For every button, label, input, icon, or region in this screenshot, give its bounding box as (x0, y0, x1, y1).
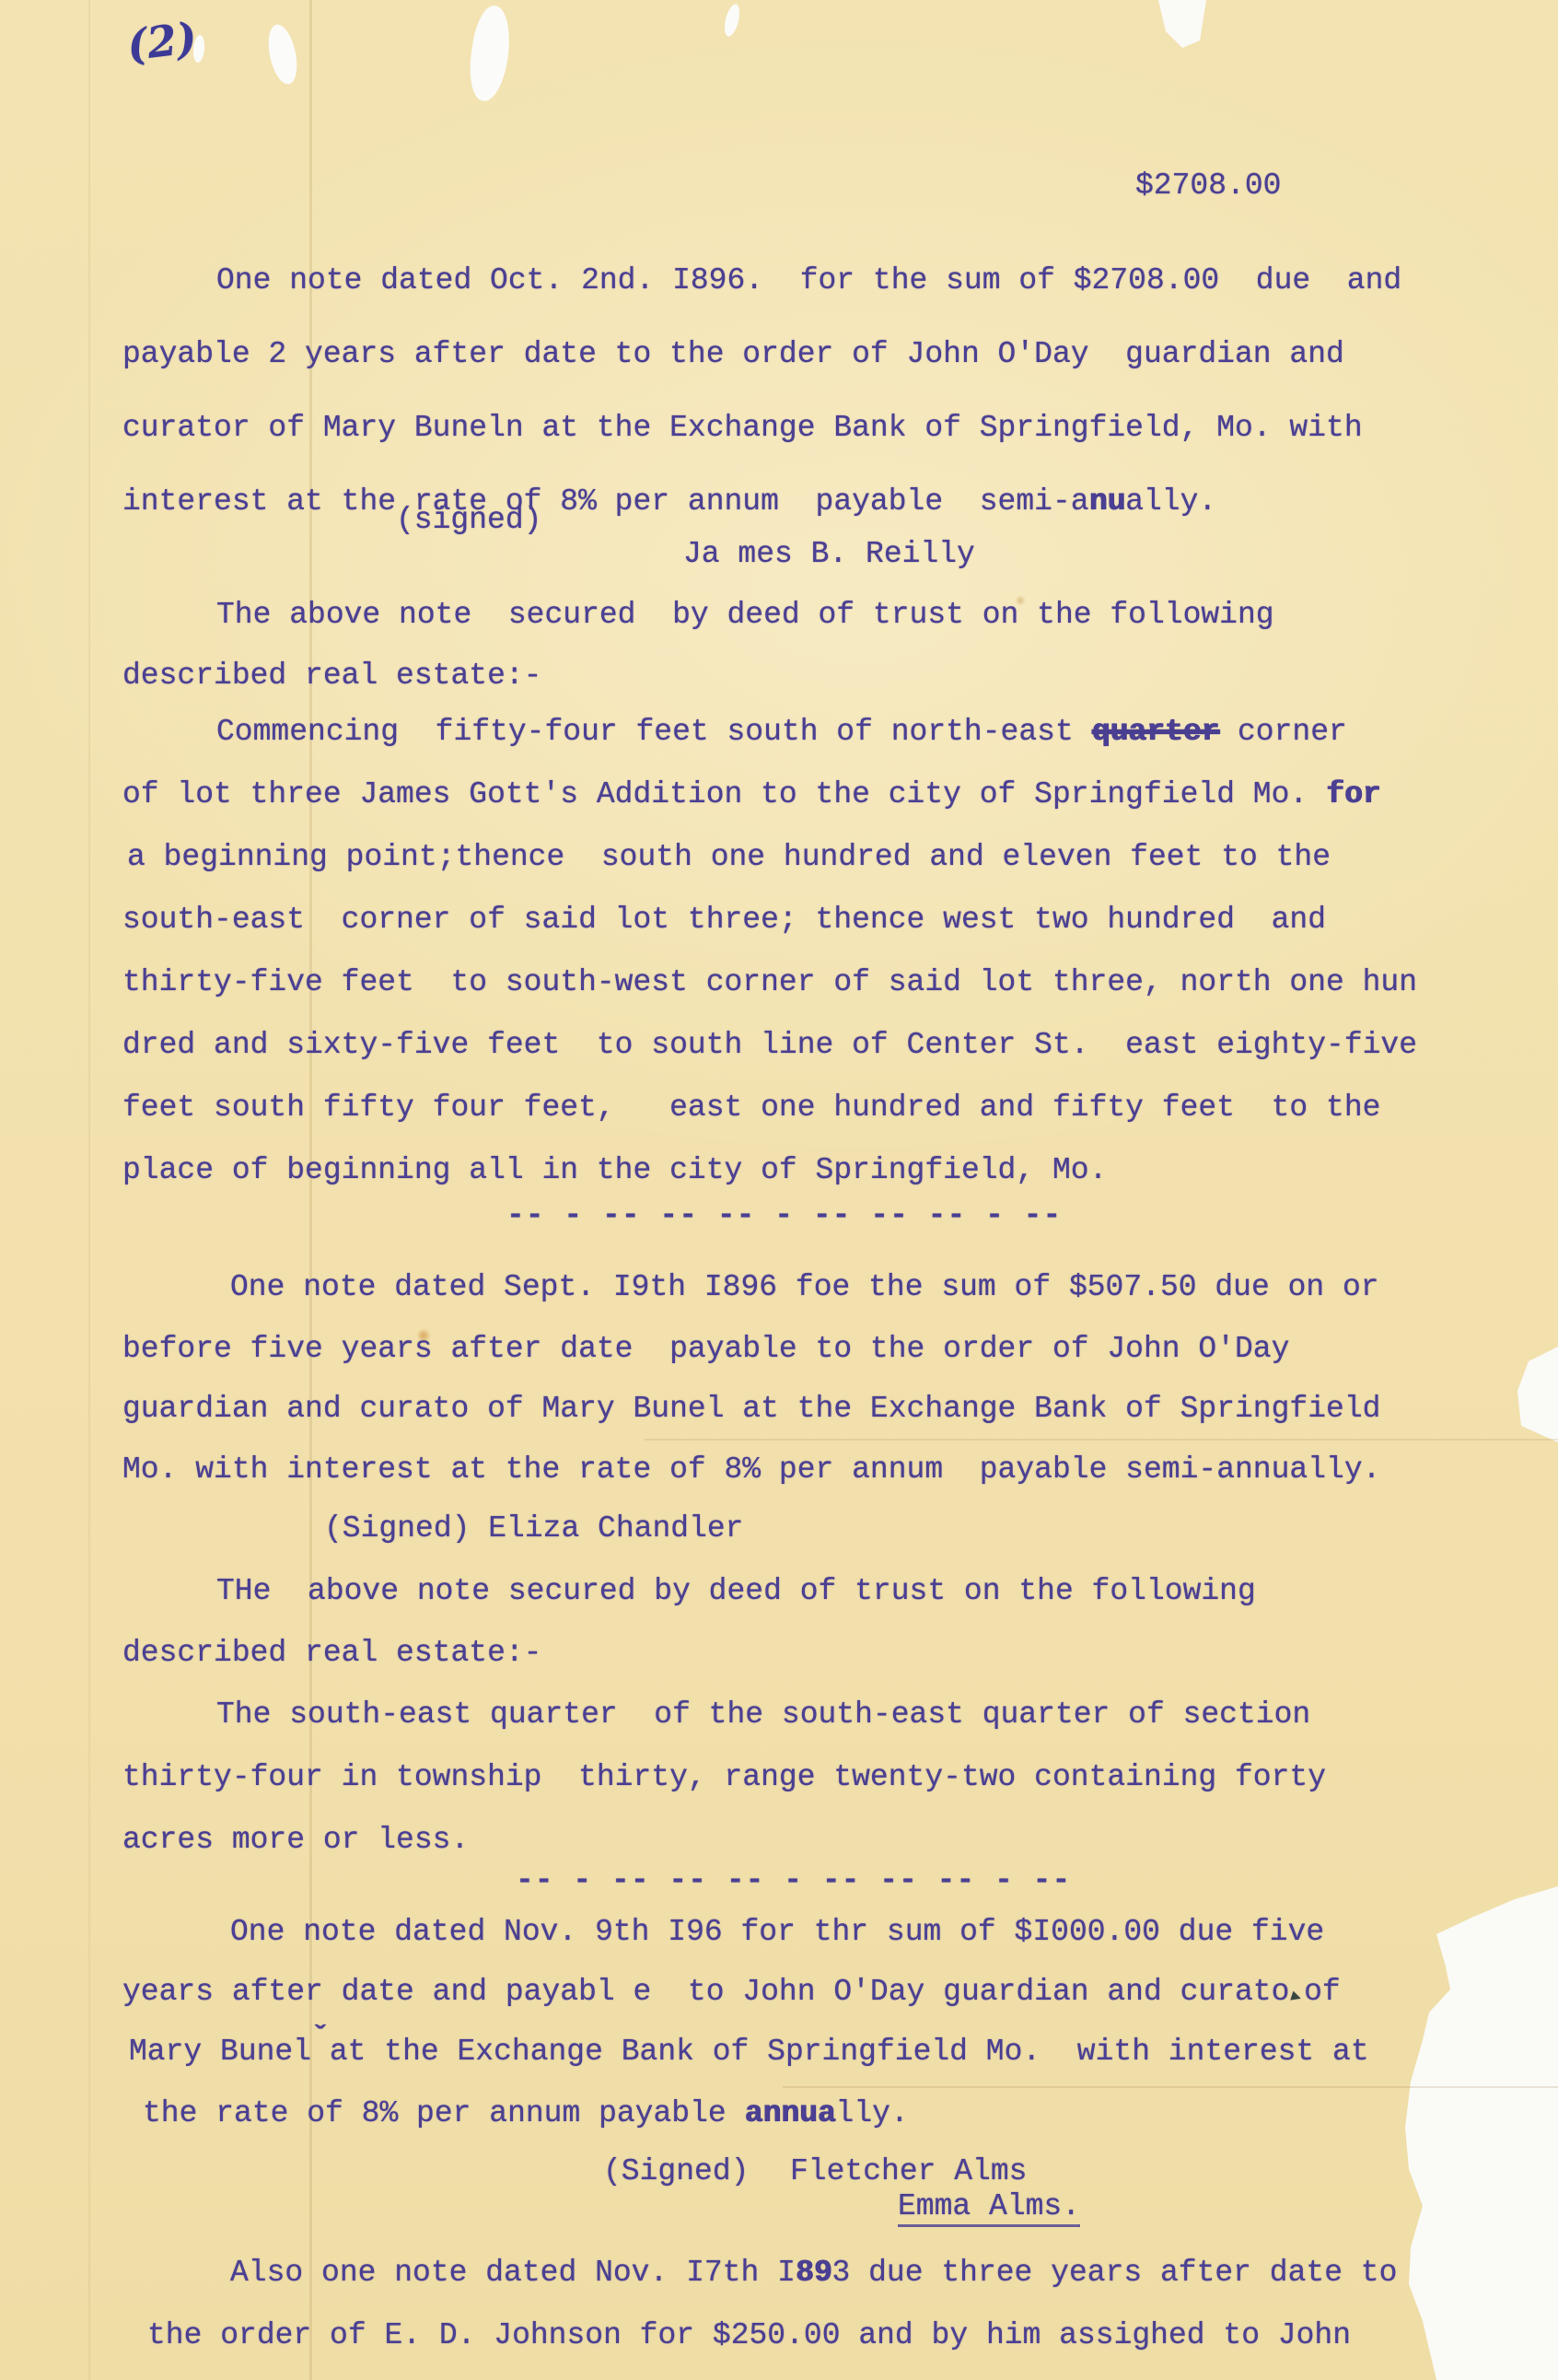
note1-line4: interest at the rate of 8% per annum pay… (122, 484, 1216, 520)
note3-line3-text: Mary Bunel (129, 2035, 311, 2069)
note1-line4-end: ally. (1125, 484, 1216, 519)
legal1-line4: south-east corner of said lot three; the… (122, 902, 1326, 939)
note1-line1: One note dated Oct. 2nd. I896. for the s… (216, 262, 1401, 299)
note1-line4-text: interest at the rate of 8% per annum pay… (122, 484, 1089, 519)
scanned-document-page: (2) $2708.00 One note dated Oct. 2nd. I8… (0, 0, 1558, 2380)
note3-signature1: Fletcher Alms (790, 2153, 1027, 2190)
overstruck-text: 89 (796, 2256, 832, 2290)
legal2-line1: The south-east quarter of the south-east… (216, 1697, 1310, 1733)
note1-line2: payable 2 years after date to the order … (122, 336, 1344, 373)
dashed-separator: -- - -- -- -- - -- -- -- - -- (516, 1862, 1071, 1899)
horizontal-crease (645, 1439, 1558, 1441)
legal2-line3: acres more or less. (122, 1822, 469, 1859)
overstruck-text: for (1326, 777, 1380, 811)
trust2-line2: described real estate:- (122, 1635, 541, 1672)
note4-line1-end: 3 due three years after date to (832, 2256, 1398, 2290)
note3-signed-label: (Signed) (603, 2153, 749, 2190)
vertical-crease (88, 0, 90, 2380)
dashed-separator: -- - -- -- -- - -- -- -- - -- (506, 1197, 1062, 1234)
trust1-line2: described real estate:- (122, 658, 541, 694)
note3-line2-end: of (1304, 1975, 1341, 2009)
note3-line1: One note dated Nov. 9th I96 for thr sum … (230, 1914, 1324, 1951)
legal1-line2-text: of lot three James Gott's Addition to th… (122, 777, 1326, 811)
legal1-line7: feet south fifty four feet, east one hun… (122, 1090, 1380, 1126)
page-number: (2) (124, 13, 200, 71)
note2-line4: Mo. with interest at the rate of 8% per … (122, 1452, 1380, 1488)
note3-line2: years after date and payabl e to John O'… (122, 1974, 1341, 2012)
horizontal-crease (783, 2086, 1558, 2088)
overstruck-text: annua (745, 2096, 836, 2130)
overstruck-text: nu (1089, 484, 1126, 519)
note2-signed: (Signed) Eliza Chandler (324, 1511, 743, 1547)
legal1-line8: place of beginning all in the city of Sp… (122, 1152, 1107, 1189)
legal1-line1: Commencing fifty-four feet south of nort… (216, 714, 1347, 751)
note3-line4: the rate of 8% per annum payable annuall… (143, 2095, 909, 2132)
note3-signature2: Emma Alms. (898, 2188, 1080, 2225)
legal2-line2: thirty-four in township thirty, range tw… (122, 1759, 1326, 1796)
note2-line2: before five years after date payable to … (122, 1331, 1289, 1368)
legal1-line1-end: corner (1219, 715, 1347, 749)
note4-line1-text: Also one note dated Nov. I7th I (230, 2256, 796, 2290)
note3-line3: Mary Bunelˇat the Exchange Bank of Sprin… (129, 2034, 1369, 2071)
struck-out-word: quarter (1092, 715, 1220, 749)
amount-header: $2708.00 (1135, 168, 1281, 204)
legal1-line5: thirty-five feet to south-west corner of… (122, 964, 1417, 1001)
trust2-line1: THe above note secured by deed of trust … (216, 1573, 1256, 1610)
note3-line3-end: at the Exchange Bank of Springfield Mo. … (330, 2035, 1369, 2069)
note4-line2: the order of E. D. Johnson for $250.00 a… (147, 2317, 1351, 2354)
note1-signature: Ja mes B. Reilly (683, 536, 975, 573)
legal1-line1-text: Commencing fifty-four feet south of nort… (216, 715, 1092, 749)
caret-mark: ˇ (311, 2021, 330, 2058)
legal1-line2: of lot three James Gott's Addition to th… (122, 776, 1380, 813)
note2-line1: One note dated Sept. I9th I896 foe the s… (230, 1269, 1379, 1306)
trust1-line1: The above note secured by deed of trust … (216, 597, 1274, 634)
note3-line2-text: years after date and payabl e to John O'… (122, 1975, 1289, 2009)
note3-line4-text: the rate of 8% per annum payable (143, 2096, 745, 2130)
note1-signed-label: (signed) (396, 502, 541, 539)
legal1-line6: dred and sixty-five feet to south line o… (122, 1027, 1417, 1064)
note2-line3: guardian and curato of Mary Bunel at the… (122, 1391, 1380, 1428)
underlined-signature: Emma Alms. (898, 2189, 1080, 2227)
note4-line1: Also one note dated Nov. I7th I893 due t… (230, 2255, 1397, 2292)
legal1-line3: a beginning point;thence south one hundr… (127, 839, 1331, 876)
note1-line3: curator of Mary Buneln at the Exchange B… (122, 410, 1363, 447)
note3-line4-end: lly. (836, 2096, 909, 2130)
